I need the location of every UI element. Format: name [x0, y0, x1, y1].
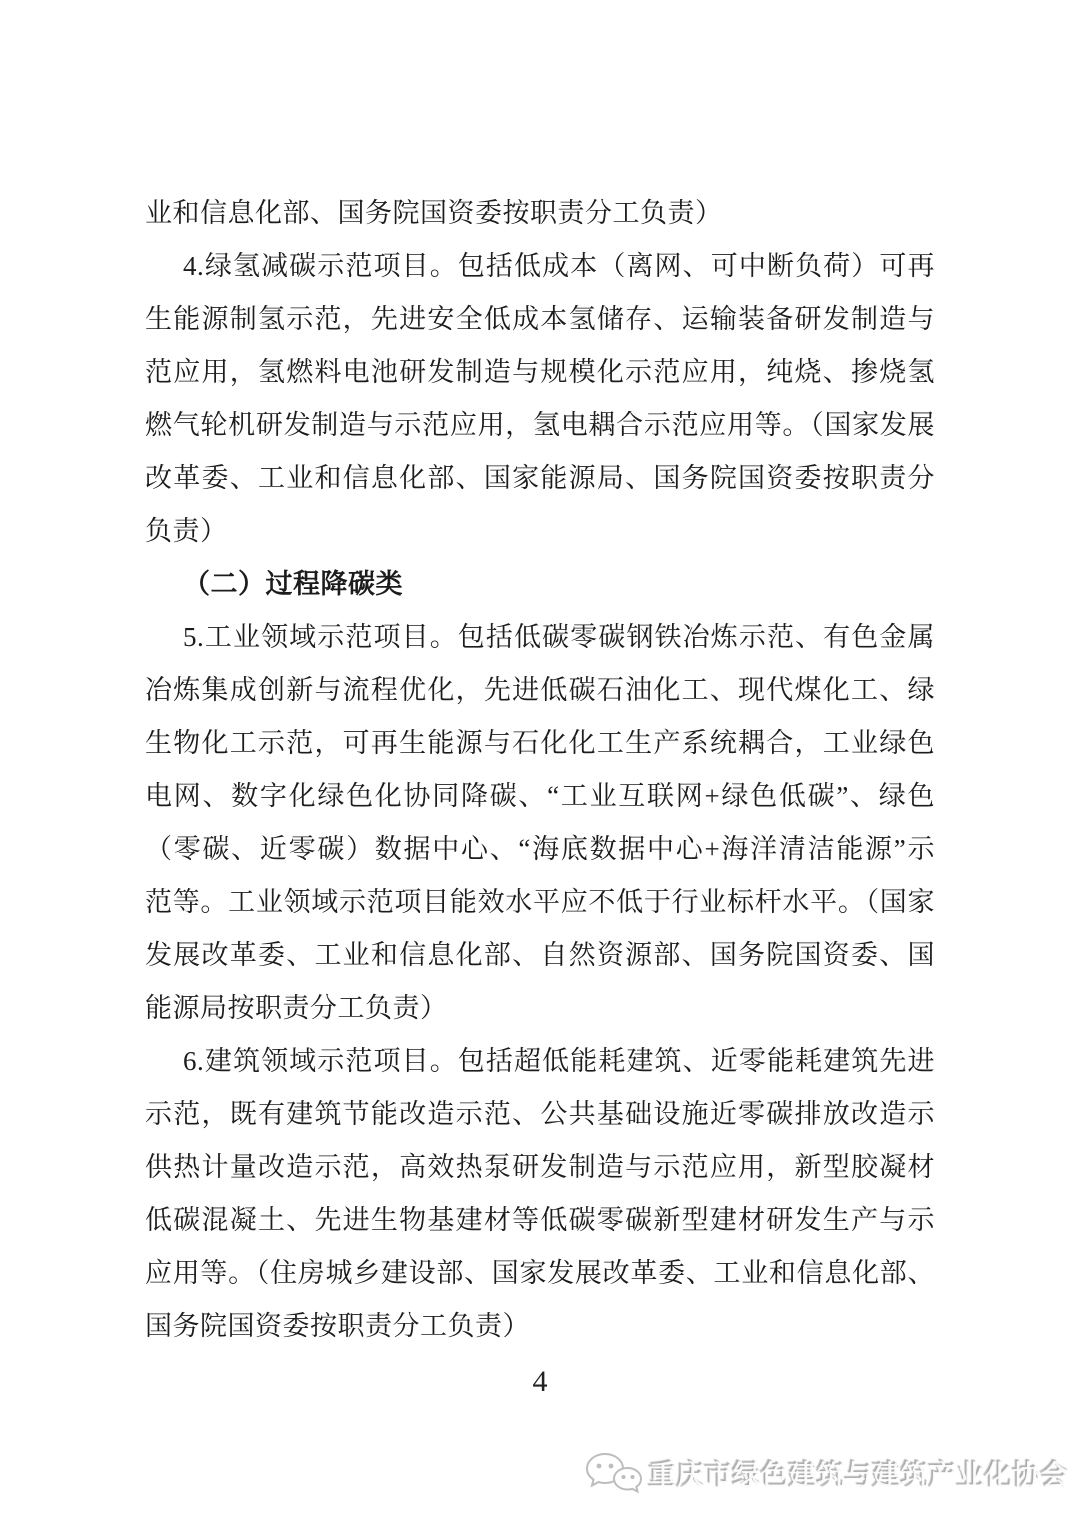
text-line: 冶炼集成创新与流程优化，先进低碳石油化工、现代煤化工、绿色 — [145, 664, 935, 717]
text-line: 低碳混凝土、先进生物基建材等低碳零碳新型建材研发生产与示范 — [145, 1194, 935, 1247]
text-line: 范等。工业领域示范项目能效水平应不低于行业标杆水平。（国家 — [145, 876, 935, 929]
wechat-icon — [583, 1446, 643, 1507]
text-line: 能源局按职责分工负责） — [145, 982, 935, 1035]
page-number: 4 — [0, 1362, 1080, 1402]
section-heading: （二）过程降碳类 — [145, 558, 935, 611]
document-page: 业和信息化部、国务院国资委按职责分工负责）4.绿氢减碳示范项目。包括低成本（离网… — [0, 0, 1080, 1527]
text-line: 应用等。（住房城乡建设部、国家发展改革委、工业和信息化部、 — [145, 1247, 935, 1300]
text-line: 5.工业领域示范项目。包括低碳零碳钢铁冶炼示范、有色金属 — [145, 611, 935, 664]
watermark: 重庆市绿色建筑与建筑产业化协会 — [583, 1445, 1069, 1507]
text-line: 供热计量改造示范，高效热泵研发制造与示范应用，新型胶凝材料、 — [145, 1141, 935, 1194]
text-line: 国务院国资委按职责分工负责） — [145, 1300, 935, 1353]
text-line: 示范，既有建筑节能改造示范、公共基础设施近零碳排放改造示范、 — [145, 1088, 935, 1141]
text-line: 燃气轮机研发制造与示范应用，氢电耦合示范应用等。（国家发展 — [145, 399, 935, 452]
text-line: 6.建筑领域示范项目。包括超低能耗建筑、近零能耗建筑先进 — [145, 1035, 935, 1088]
text-line: （零碳、近零碳）数据中心、“海底数据中心+海洋清洁能源”示 — [145, 823, 935, 876]
text-line: 生物化工示范，可再生能源与石化化工生产系统耦合，工业绿色微 — [145, 717, 935, 770]
text-line: 4.绿氢减碳示范项目。包括低成本（离网、可中断负荷）可再 — [145, 240, 935, 293]
text-line: 改革委、工业和信息化部、国家能源局、国务院国资委按职责分工 — [145, 452, 935, 505]
watermark-text: 重庆市绿色建筑与建筑产业化协会 — [649, 1459, 1069, 1493]
text-line: 负责） — [145, 505, 935, 558]
text-line: 范应用，氢燃料电池研发制造与规模化示范应用，纯烧、掺烧氢气 — [145, 346, 935, 399]
text-line: 电网、数字化绿色化协同降碳、“工业互联网+绿色低碳”、绿色 — [145, 770, 935, 823]
document-lines: 业和信息化部、国务院国资委按职责分工负责）4.绿氢减碳示范项目。包括低成本（离网… — [145, 187, 935, 1353]
text-line: 业和信息化部、国务院国资委按职责分工负责） — [145, 187, 935, 240]
text-line: 生能源制氢示范，先进安全低成本氢储存、运输装备研发制造与示 — [145, 293, 935, 346]
text-line: 发展改革委、工业和信息化部、自然资源部、国务院国资委、国家 — [145, 929, 935, 982]
